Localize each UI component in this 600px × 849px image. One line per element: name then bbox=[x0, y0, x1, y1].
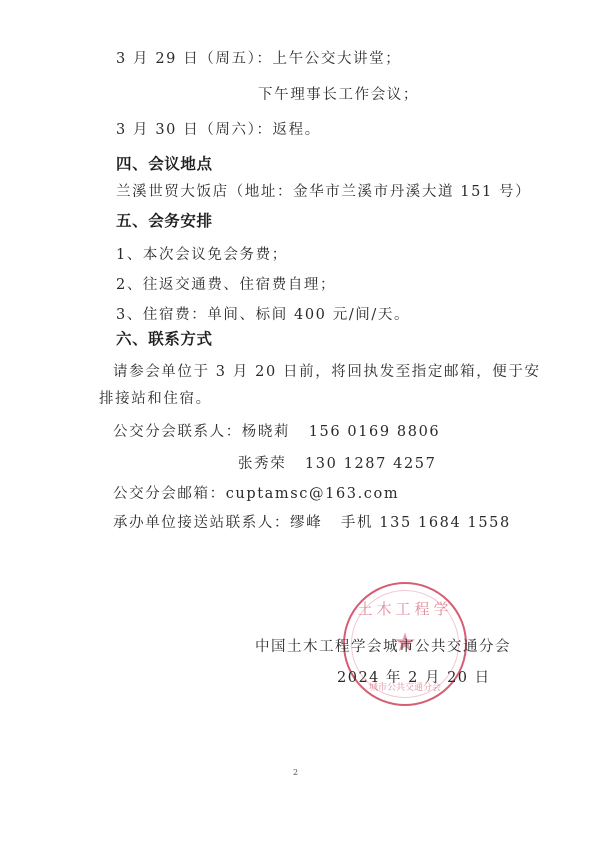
signature-date: 2024 年 2 月 20 日 bbox=[337, 668, 491, 688]
arrangement-item: 3、住宿费：单间、标间 400 元/间/天。 bbox=[116, 305, 410, 325]
arrangement-item: 2、往返交通费、住宿费自理； bbox=[116, 275, 336, 295]
signature-organization: 中国土木工程学会城市公共交通分会 bbox=[255, 637, 511, 657]
contact-email: 公交分会邮箱：cuptamsc@163.com bbox=[113, 484, 399, 504]
section-heading-arrangements: 五、会务安排 bbox=[116, 211, 213, 231]
host-contact: 承办单位接送站联系人：缪峰 手机 135 1684 1558 bbox=[113, 513, 511, 533]
contact-instructions-line1: 请参会单位于 3 月 20 日前，将回执发至指定邮箱，便于安 bbox=[113, 362, 541, 382]
stamp-top-text: 土木工程学 bbox=[345, 598, 465, 619]
contact-person-2: 张秀荣 130 1287 4257 bbox=[238, 454, 436, 474]
page-number: 2 bbox=[293, 768, 298, 777]
section-heading-venue: 四、会议地点 bbox=[116, 154, 213, 174]
schedule-line-mar29: 3 月 29 日（周五）：上午公交大讲堂； bbox=[116, 49, 401, 69]
arrangement-item: 1、本次会议免会务费； bbox=[116, 245, 288, 265]
contact-instructions-line2: 排接站和住宿。 bbox=[99, 389, 212, 409]
contact-person-1: 公交分会联系人：杨晓莉 156 0169 8806 bbox=[113, 422, 440, 442]
section-heading-contact: 六、联系方式 bbox=[116, 329, 213, 349]
schedule-line-mar30: 3 月 30 日（周六）：返程。 bbox=[116, 120, 321, 140]
venue-address: 兰溪世贸大饭店（地址：金华市兰溪市丹溪大道 151 号） bbox=[116, 182, 531, 202]
schedule-line-afternoon: 下午理事长工作会议； bbox=[258, 85, 419, 105]
